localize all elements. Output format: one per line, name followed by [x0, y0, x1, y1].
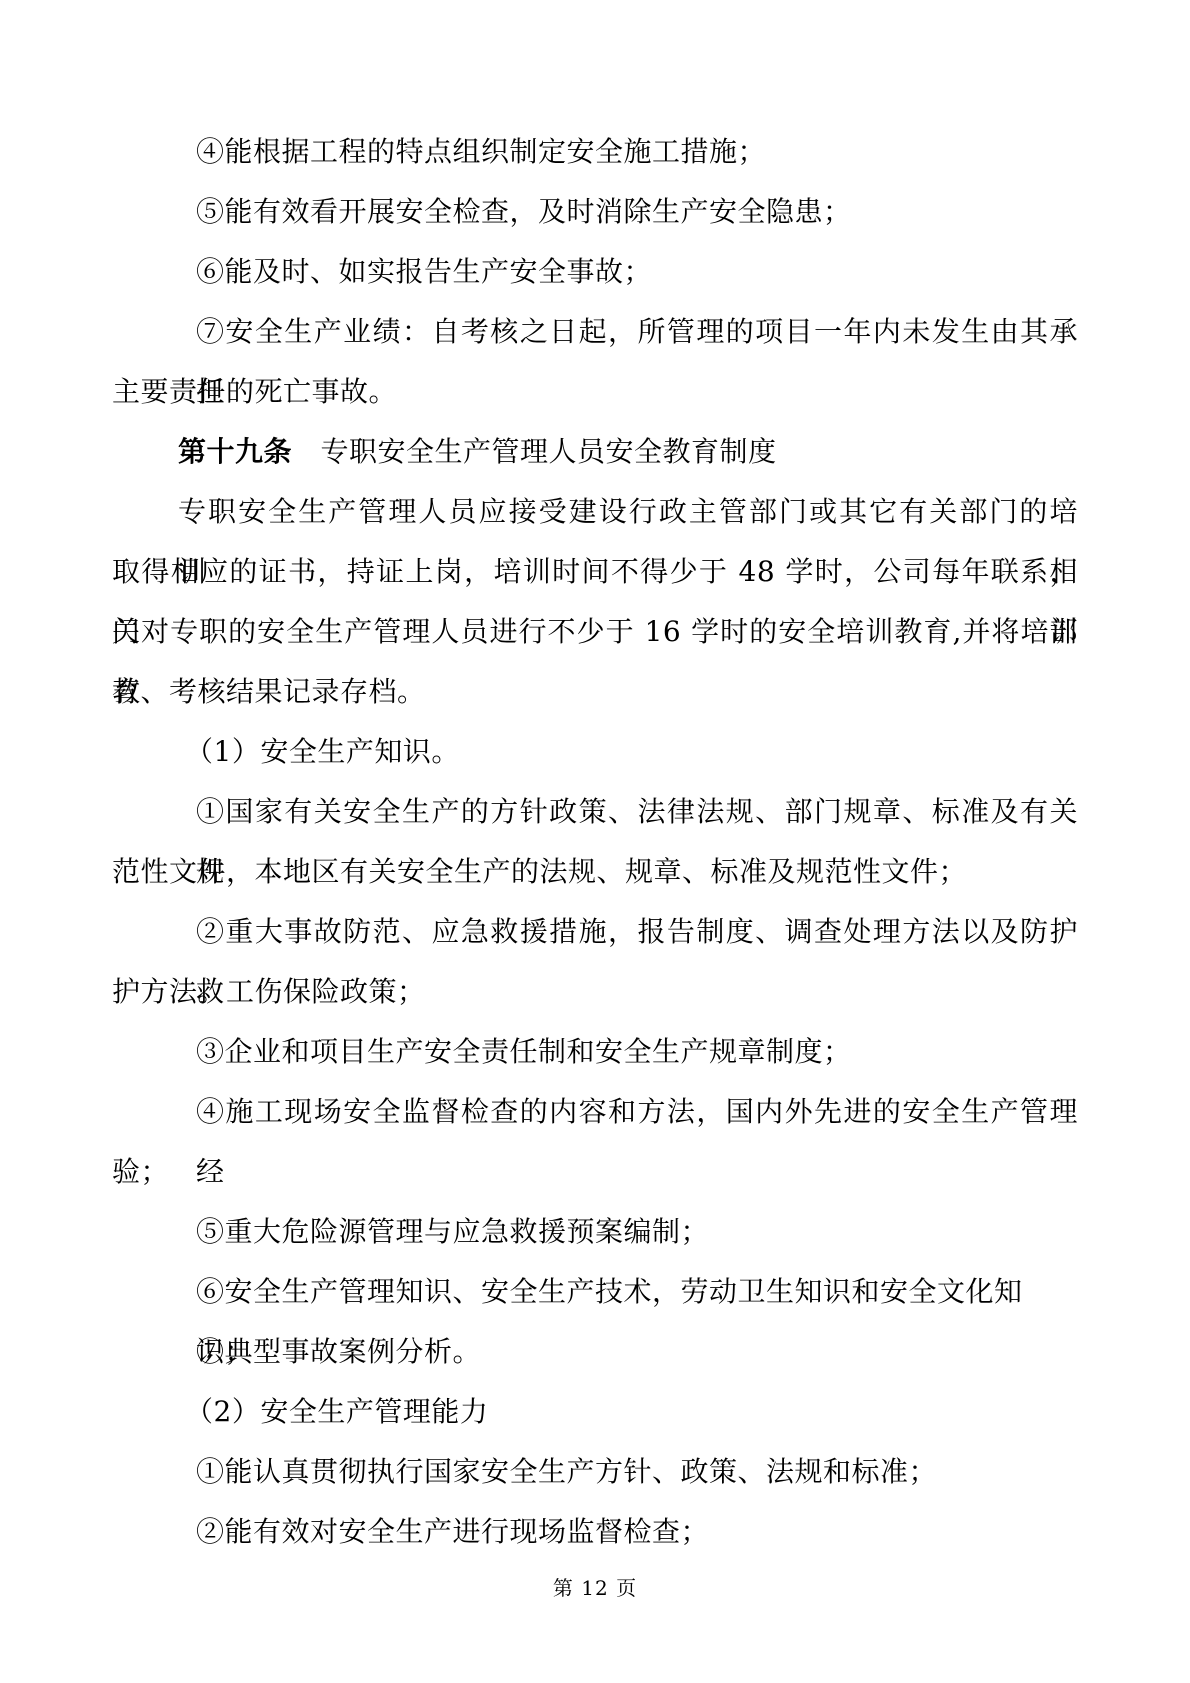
document-page: ④能根据工程的特点组织制定安全施工措施；⑤能有效看开展安全检查，及时消除生产安全…: [0, 0, 1190, 1683]
text-line: ⑦典型事故案例分析。: [112, 1322, 1078, 1382]
text-line: ④施工现场安全监督检查的内容和方法，国内外先进的安全生产管理经: [112, 1082, 1078, 1142]
text-line: 专职安全生产管理人员应接受建设行政主管部门或其它有关部门的培训，: [112, 482, 1078, 542]
text-line: （1）安全生产知识。: [112, 722, 1078, 782]
text-line: ①能认真贯彻执行国家安全生产方针、政策、法规和标准；: [112, 1442, 1078, 1502]
text-line: （2）安全生产管理能力: [112, 1382, 1078, 1442]
text-line: ②重大事故防范、应急救援措施，报告制度、调查处理方法以及防护救: [112, 902, 1078, 962]
text-line: ①国家有关安全生产的方针政策、法律法规、部门规章、标准及有关规: [112, 782, 1078, 842]
document-body: ④能根据工程的特点组织制定安全施工措施；⑤能有效看开展安全检查，及时消除生产安全…: [112, 122, 1078, 1562]
text-line: ⑥能及时、如实报告生产安全事故；: [112, 242, 1078, 302]
page-number: 第 12 页: [0, 1572, 1190, 1601]
text-line: 主要责任的死亡事故。: [112, 362, 1078, 422]
text-line: 取得相应的证书，持证上岗，培训时间不得少于 48 学时，公司每年联系相关部: [112, 542, 1078, 602]
text-line: 第十九条 专职安全生产管理人员安全教育制度: [112, 422, 1078, 482]
text-line: ⑤重大危险源管理与应急救援预案编制；: [112, 1202, 1078, 1262]
text-line: ⑥安全生产管理知识、安全生产技术，劳动卫生知识和安全文化知识；: [112, 1262, 1078, 1322]
text-line: ④能根据工程的特点组织制定安全施工措施；: [112, 122, 1078, 182]
text-line: ②能有效对安全生产进行现场监督检查；: [112, 1502, 1078, 1562]
text-line: 范性文件，本地区有关安全生产的法规、规章、标准及规范性文件；: [112, 842, 1078, 902]
text-line: 护方法。工伤保险政策；: [112, 962, 1078, 1022]
text-line: 育、考核结果记录存档。: [112, 662, 1078, 722]
text-line: 验；: [112, 1142, 1078, 1202]
article-number-bold: 第十九条: [178, 435, 292, 468]
text-line: ⑦安全生产业绩：自考核之日起，所管理的项目一年内未发生由其承担: [112, 302, 1078, 362]
text-line: ③企业和项目生产安全责任制和安全生产规章制度；: [112, 1022, 1078, 1082]
text-line: 门对专职的安全生产管理人员进行不少于 16 学时的安全培训教育,并将培训教: [112, 602, 1078, 662]
text-line: ⑤能有效看开展安全检查，及时消除生产安全隐患；: [112, 182, 1078, 242]
